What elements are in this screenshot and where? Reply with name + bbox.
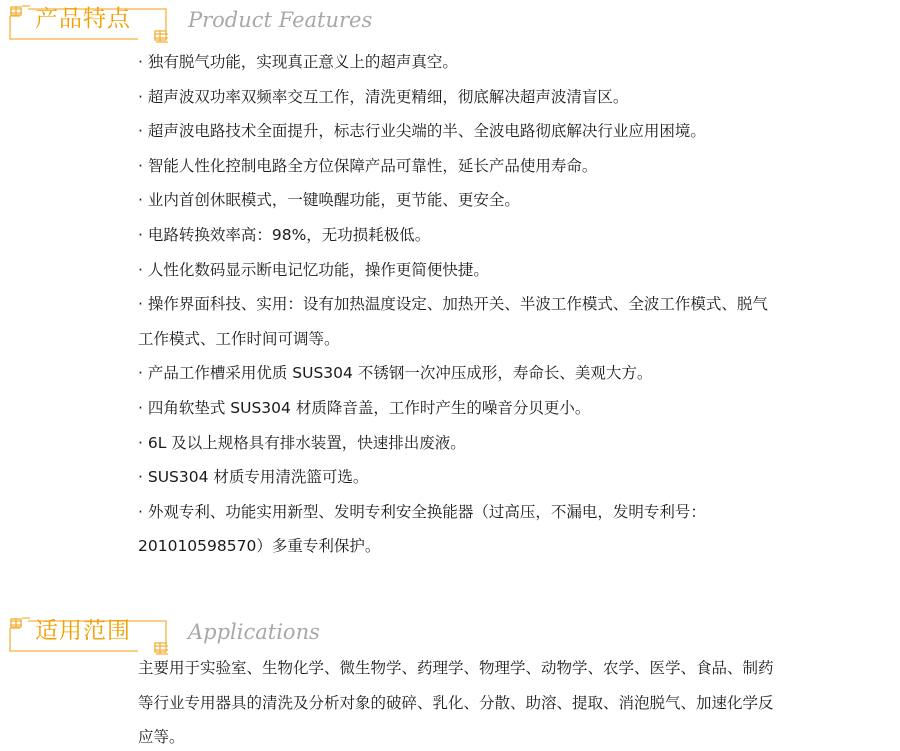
features-list: · 独有脱气功能，实现真正意义上的超声真空。 · 超声波双功率双频率交互工作，清…	[138, 45, 778, 564]
feature-item: · 外观专利、功能实用新型、发明专利安全换能器（过高压，不漏电，发明专利号：20…	[138, 495, 778, 564]
feature-item: · 业内首创休眠模式，一键唤醒功能，更节能、更安全。	[138, 183, 778, 218]
feature-item: · 6L 及以上规格具有排水装置，快速排出废液。	[138, 426, 778, 461]
applications-title-cn: 适用范围	[35, 616, 131, 646]
features-title-en: Product Features	[188, 6, 372, 34]
applications-title-en: Applications	[188, 618, 320, 646]
feature-item: · 四角软垫式 SUS304 材质降音盖，工作时产生的噪音分贝更小。	[138, 391, 778, 426]
features-title-cn: 产品特点	[35, 4, 131, 34]
feature-item: · 产品工作槽采用优质 SUS304 不锈钢一次冲压成形，寿命长、美观大方。	[138, 356, 778, 391]
features-header: 产品特点 Product Features	[0, 0, 420, 42]
feature-item: · 操作界面科技、实用：设有加热温度设定、加热开关、半波工作模式、全波工作模式、…	[138, 287, 778, 356]
feature-item: · 人性化数码显示断电记忆功能，操作更简便快捷。	[138, 253, 778, 288]
applications-header: 适用范围 Applications	[0, 612, 420, 654]
feature-item: · 独有脱气功能，实现真正意义上的超声真空。	[138, 45, 778, 80]
feature-item: · SUS304 材质专用清洗篮可选。	[138, 460, 778, 495]
feature-item: · 超声波双功率双频率交互工作，清洗更精细，彻底解决超声波清盲区。	[138, 80, 778, 115]
applications-text: 主要用于实验室、生物化学、微生物学、药理学、物理学、动物学、农学、医学、食品、制…	[138, 651, 788, 751]
feature-item: · 电路转换效率高：98%，无功损耗极低。	[138, 218, 778, 253]
feature-item: · 超声波电路技术全面提升，标志行业尖端的半、全波电路彻底解决行业应用困境。	[138, 114, 778, 149]
feature-item: · 智能人性化控制电路全方位保障产品可靠性，延长产品使用寿命。	[138, 149, 778, 184]
